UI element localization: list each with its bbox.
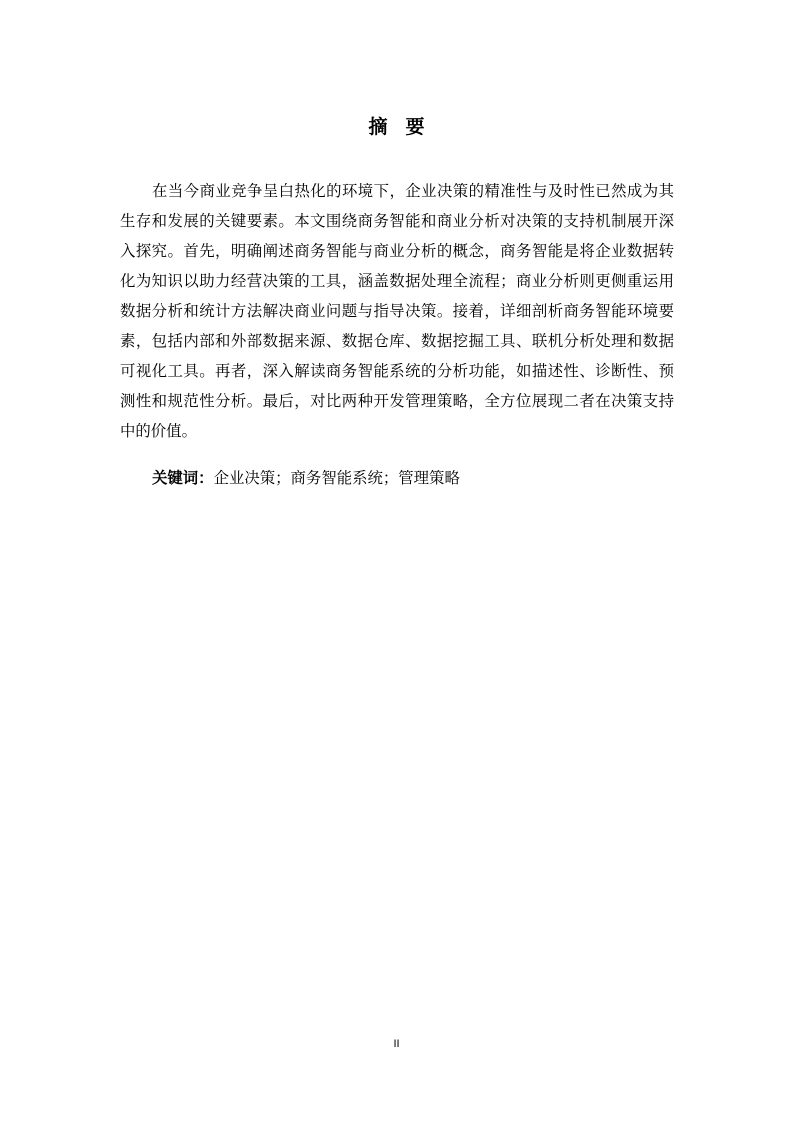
abstract-line: 数据分析和统计方法解决商业问题与指导决策。接着，详细剖析商务智能环境要	[120, 296, 674, 326]
abstract-line: 素，包括内部和外部数据来源、数据仓库、数据挖掘工具、联机分析处理和数据	[120, 326, 674, 356]
keywords-value: 企业决策；商务智能系统；管理策略	[214, 469, 460, 487]
page-number: II	[0, 1038, 793, 1050]
abstract-line: 可视化工具。再者，深入解读商务智能系统的分析功能，如描述性、诊断性、预	[120, 356, 674, 386]
abstract-line: 入探究。首先，明确阐述商务智能与商业分析的概念，商务智能是将企业数据转	[120, 236, 674, 266]
abstract-line: 测性和规范性分析。最后，对比两种开发管理策略，全方位展现二者在决策支持	[120, 386, 674, 416]
abstract-line: 在当今商业竞争呈白热化的环境下，企业决策的精准性与及时性已然成为其	[120, 176, 674, 206]
abstract-line: 生存和发展的关键要素。本文围绕商务智能和商业分析对决策的支持机制展开深	[120, 206, 674, 236]
abstract-paragraph: 在当今商业竞争呈白热化的环境下，企业决策的精准性与及时性已然成为其 生存和发展的…	[120, 176, 674, 446]
keywords: 关键词：企业决策；商务智能系统；管理策略	[152, 463, 460, 493]
abstract-line: 化为知识以助力经营决策的工具，涵盖数据处理全流程；商业分析则更侧重运用	[120, 266, 674, 296]
abstract-line: 中的价值。	[120, 416, 674, 446]
page-title: 摘要	[0, 112, 793, 139]
keywords-label: 关键词：	[152, 469, 214, 487]
